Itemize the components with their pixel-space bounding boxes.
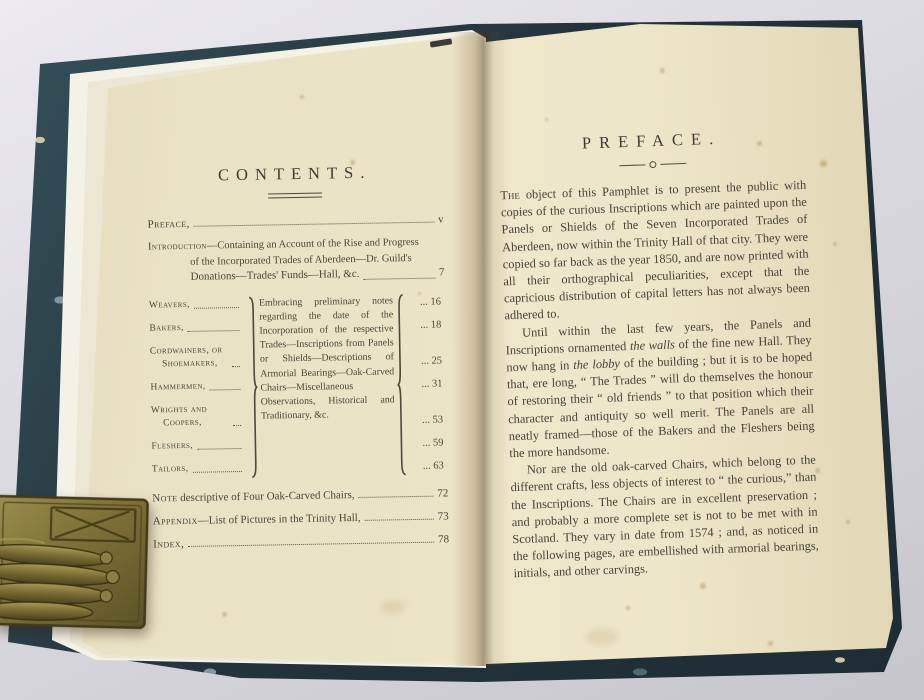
trade-row: Wrights and Coopers, (151, 398, 246, 430)
dot-leader (359, 495, 434, 497)
dot-leader (364, 277, 435, 279)
toc-page-number: v (438, 213, 444, 225)
photo-of-open-book: CONTENTS. Preface, v Introduction—Contai… (0, 0, 924, 700)
double-rule (268, 193, 322, 199)
toc-page-number: 72 (437, 487, 448, 499)
dot-leader (194, 222, 434, 227)
trade-row: Cordwainers, or Shoemakers, (150, 339, 245, 371)
trade-row: Bakers, (149, 316, 243, 335)
toc-entry-preface: Preface, v (147, 213, 443, 230)
contents-text-block: CONTENTS. Preface, v Introduction—Contai… (147, 161, 450, 561)
trades-names-column: Weavers, Bakers, Cordwainers, or Shoemak… (149, 293, 246, 482)
toc-page-number: 73 (438, 510, 449, 522)
trades-note-cell: Embracing preliminary notes regarding th… (247, 291, 408, 481)
trades-note-text: Embracing preliminary notes regarding th… (256, 291, 399, 480)
toc-entry-note: Note descriptive of Four Oak-Carved Chai… (152, 487, 448, 504)
trade-row: Fleshers, (151, 434, 245, 453)
toc-label: Preface, (147, 218, 189, 231)
toc-entry-index: Index, 78 (153, 533, 449, 550)
trade-page-number: ... 31 (410, 372, 442, 390)
brass-hand-clasp (0, 492, 152, 637)
preface-paragraph-3: Nor are the old oak-carved Chairs, which… (510, 452, 820, 583)
trade-row: Weavers, (149, 293, 243, 312)
trade-page-number: ... 63 (412, 454, 444, 472)
toc-entry-appendix: Appendix—List of Pictures in the Trinity… (153, 510, 449, 527)
toc-entry-introduction: Introduction—Containing an Account of th… (148, 234, 445, 286)
trade-row: Hammermen, (150, 375, 244, 394)
preface-text-block: PREFACE. The object of this Pamphlet is … (498, 126, 819, 583)
trades-pages-column: ... 16 ... 18 ... 25 ... 31 ... 53 ... 5… (409, 290, 444, 478)
right-curly-brace (396, 291, 408, 478)
preface-paragraph-2: Until within the last few years, the Pan… (505, 314, 816, 462)
trade-page-number: ... 16 (409, 290, 441, 308)
brass-hand-clasp-graphic (0, 492, 152, 632)
trade-page-number: ... 59 (411, 431, 443, 449)
heading-ornament (499, 156, 805, 174)
dot-leader (365, 518, 434, 520)
toc-page-number: 7 (439, 265, 445, 281)
dot-leader (188, 541, 434, 546)
trade-page-number: ... 18 (409, 313, 441, 331)
trade-page-number: ... 25 (410, 336, 443, 367)
toc-page-number: 78 (438, 533, 449, 545)
trades-brace-table: Weavers, Bakers, Cordwainers, or Shoemak… (149, 290, 448, 482)
trade-page-number: ... 53 (411, 395, 444, 426)
contents-heading: CONTENTS. (147, 161, 443, 186)
preface-paragraph-1: The object of this Pamphlet is to presen… (500, 177, 811, 325)
trade-row: Tailors, (152, 457, 246, 476)
